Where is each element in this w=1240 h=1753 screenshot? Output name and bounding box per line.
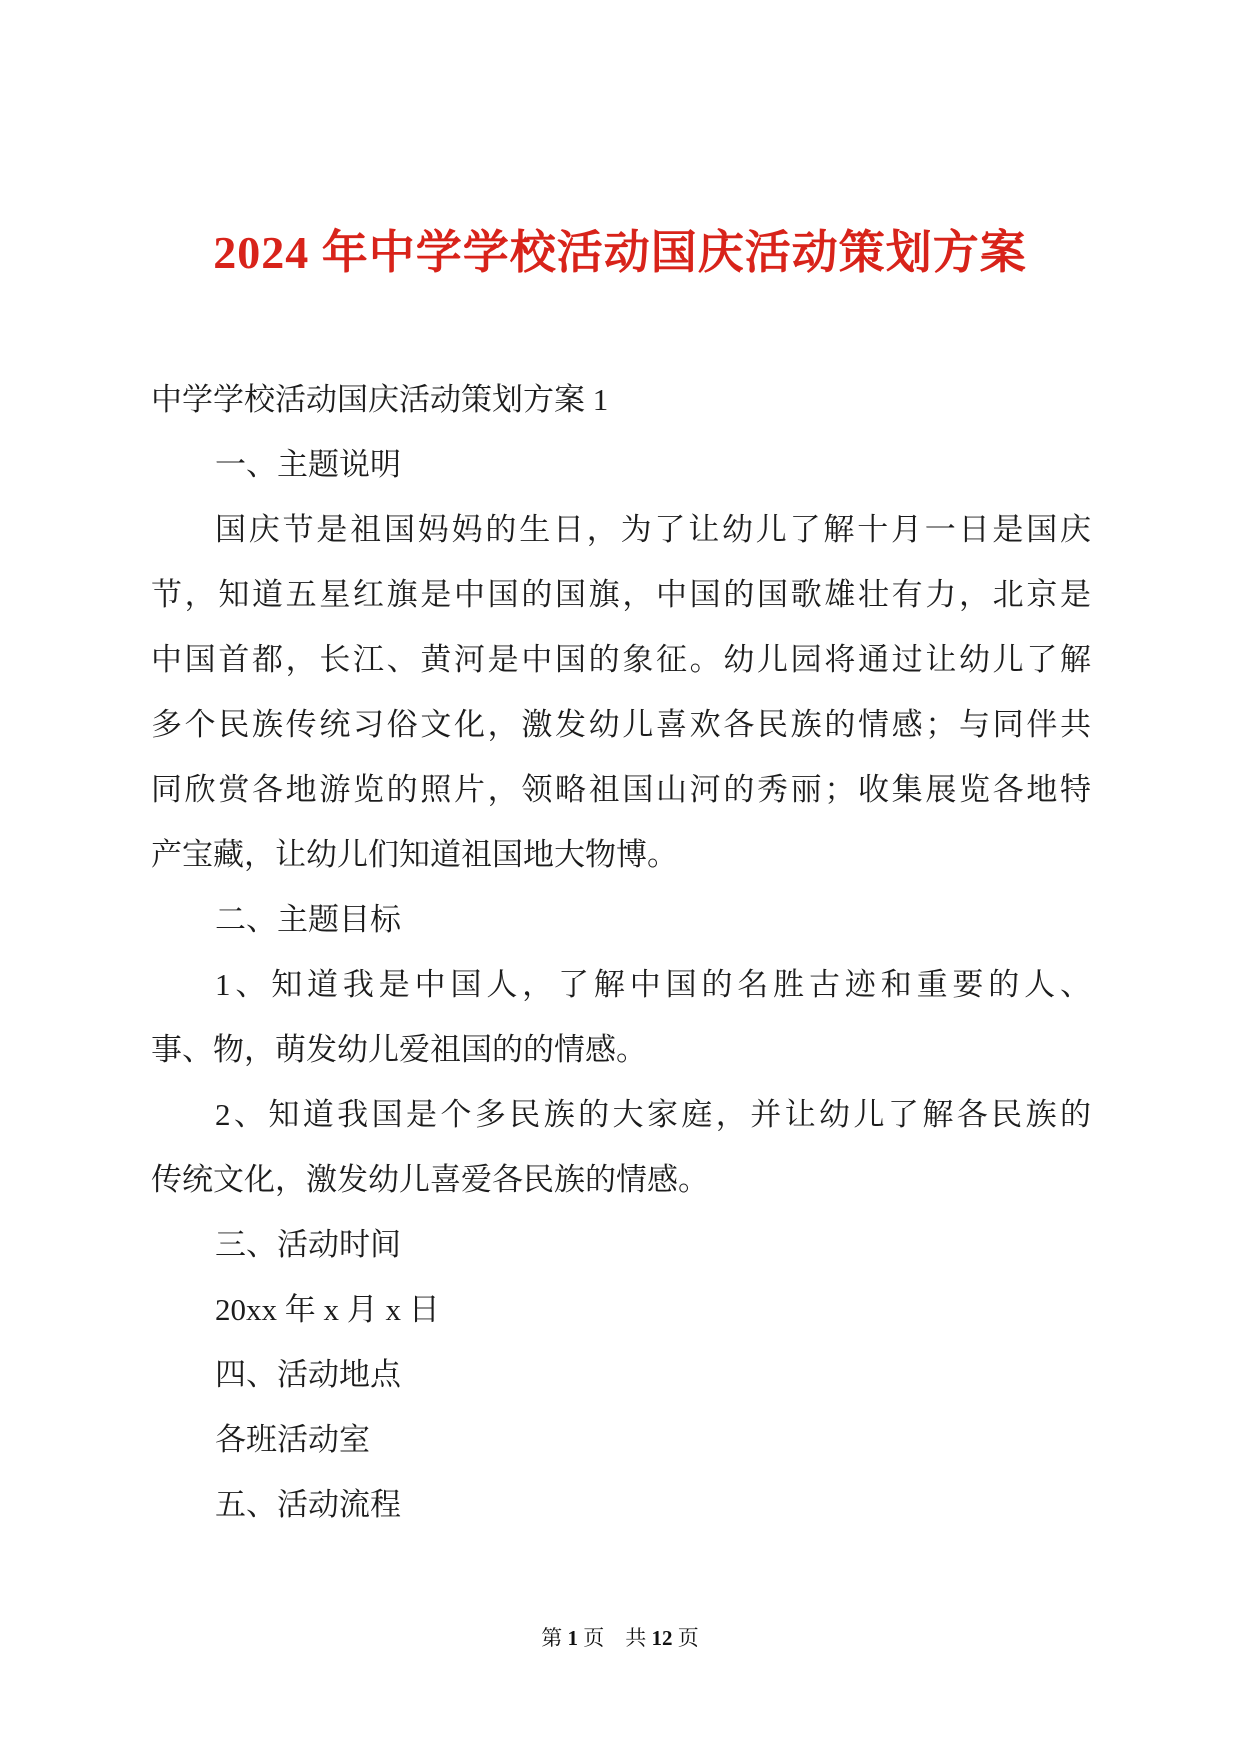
footer-part: 12 [652,1626,673,1650]
footer-part: 1 [568,1626,579,1650]
text-line: 同欣赏各地游览的照片，领略祖国山河的秀丽；收集展览各地特 [151,757,1091,822]
text-line: 五、活动流程 [151,1472,1091,1537]
text-line: 一、主题说明 [151,432,1091,497]
text-line: 各班活动室 [151,1407,1091,1472]
text-line: 2、知道我国是个多民族的大家庭，并让幼儿了解各民族的 [151,1082,1091,1147]
footer-part: 页 共 [578,1626,652,1650]
text-line: 20xx 年 x 月 x 日 [151,1277,1091,1342]
text-line: 产宝藏，让幼儿们知道祖国地大物博。 [151,822,1091,887]
footer-part: 页 [673,1626,699,1650]
document-body: 中学学校活动国庆活动策划方案 1一、主题说明国庆节是祖国妈妈的生日，为了让幼儿了… [151,367,1091,1537]
text-line: 多个民族传统习俗文化，激发幼儿喜欢各民族的情感；与同伴共 [151,692,1091,757]
text-line: 1、知道我是中国人，了解中国的名胜古迹和重要的人、 [151,952,1091,1017]
page-footer: 第 1 页 共 12 页 [0,1624,1240,1652]
text-line: 四、活动地点 [151,1342,1091,1407]
text-line: 三、活动时间 [151,1212,1091,1277]
text-line: 传统文化，激发幼儿喜爱各民族的情感。 [151,1147,1091,1212]
text-line: 二、主题目标 [151,887,1091,952]
text-line: 国庆节是祖国妈妈的生日，为了让幼儿了解十月一日是国庆 [151,497,1091,562]
footer-part: 第 [541,1626,567,1650]
document-page: { "title": { "text": "2024 年中学学校活动国庆活动策划… [0,0,1240,1753]
document-title: 2024 年中学学校活动国庆活动策划方案 [0,227,1240,279]
text-line: 中国首都，长江、黄河是中国的象征。幼儿园将通过让幼儿了解 [151,627,1091,692]
text-line: 事、物，萌发幼儿爱祖国的的情感。 [151,1017,1091,1082]
text-line: 节，知道五星红旗是中国的国旗，中国的国歌雄壮有力，北京是 [151,562,1091,627]
text-line: 中学学校活动国庆活动策划方案 1 [151,367,1091,432]
